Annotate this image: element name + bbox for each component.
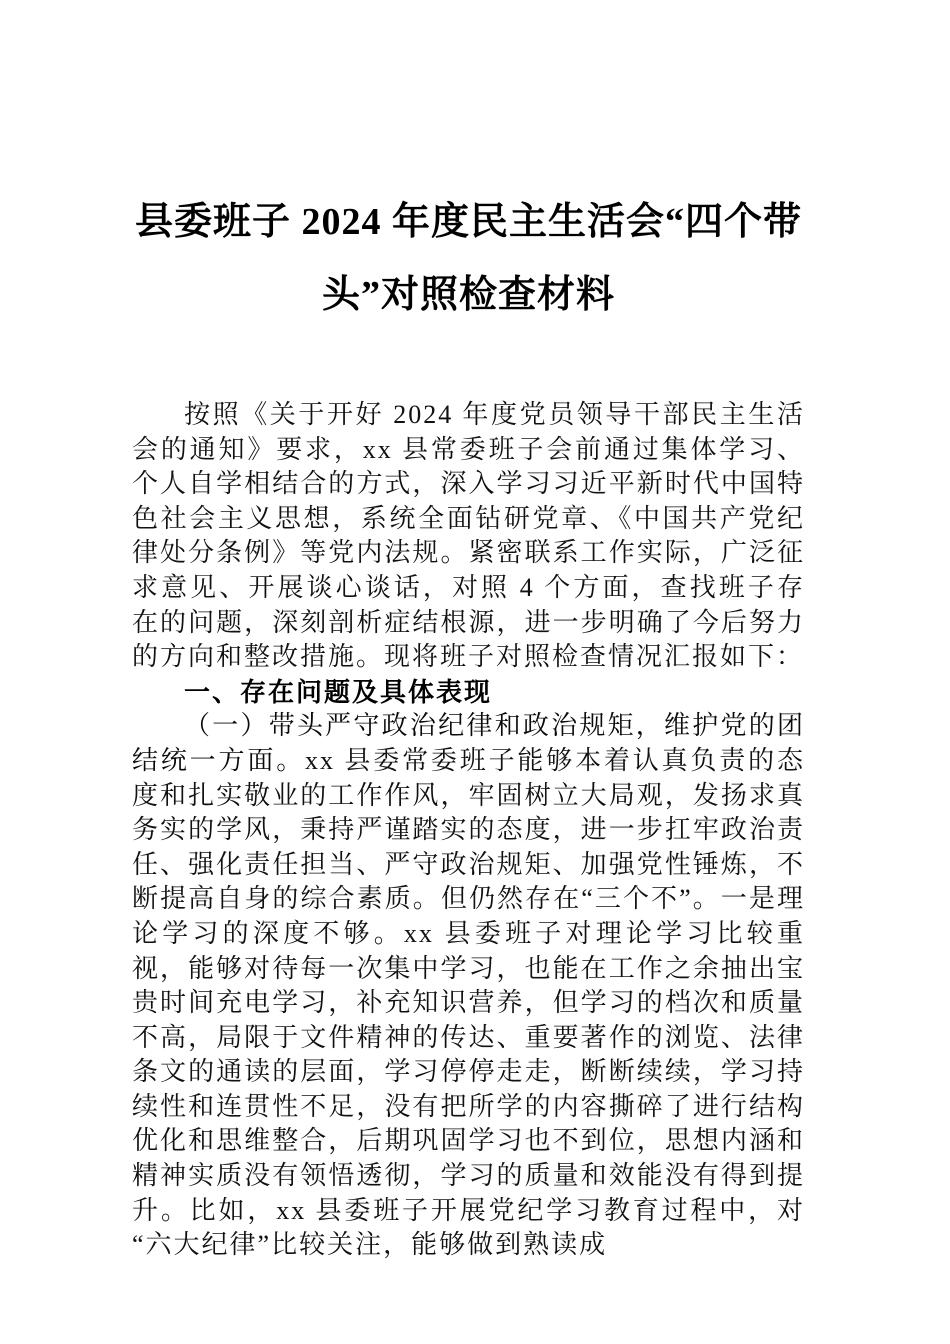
intro-paragraph: 按照《关于开好 2024 年度党员领导干部民主生活会的通知》要求，xx 县常委班… <box>132 398 805 675</box>
subsection-paragraph-1: （一）带头严守政治纪律和政治规矩，维护党的团结统一方面。xx 县委常委班子能够本… <box>132 709 805 1263</box>
document-title-line-1: 县委班子 2024 年度民主生活会“四个带 <box>132 186 805 259</box>
document-page: 县委班子 2024 年度民主生活会“四个带 头”对照检查材料 按照《关于开好 2… <box>0 0 950 1344</box>
section-heading-1: 一、存在问题及具体表现 <box>132 675 805 710</box>
subsection-1-body: xx 县委常委班子能够本着认真负责的态度和扎实敬业的工作作风，牢固树立大局观，发… <box>132 746 805 1259</box>
document-title-line-2: 头”对照检查材料 <box>132 259 805 332</box>
document-body: 按照《关于开好 2024 年度党员领导干部民主生活会的通知》要求，xx 县常委班… <box>132 398 805 1263</box>
document-title: 县委班子 2024 年度民主生活会“四个带 头”对照检查材料 <box>132 186 805 332</box>
